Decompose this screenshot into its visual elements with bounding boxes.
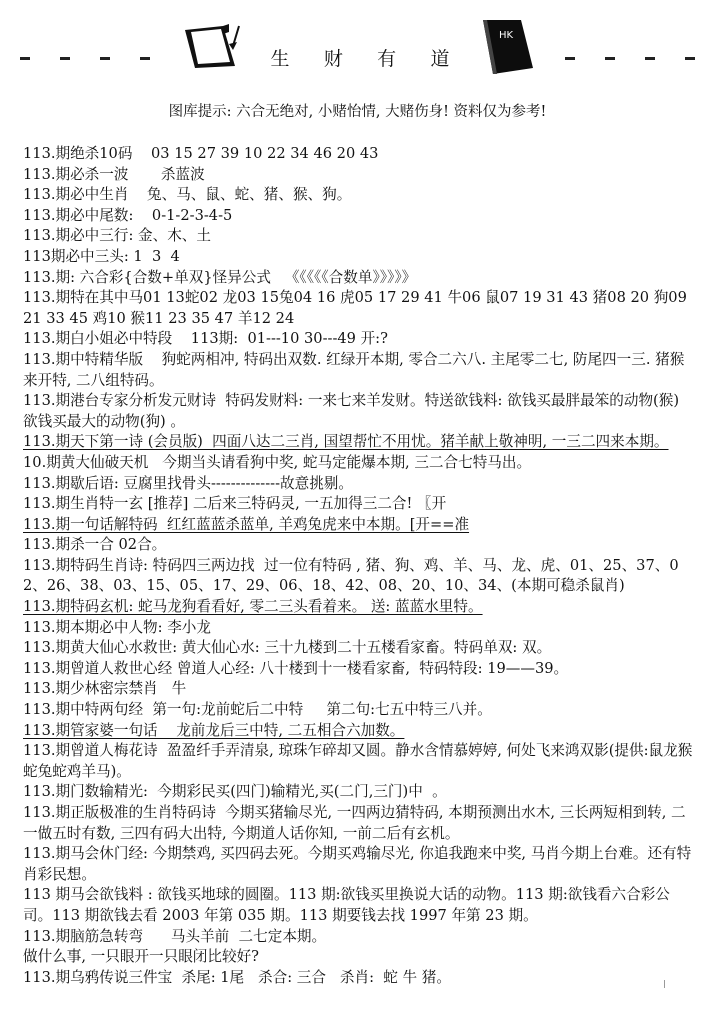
text-line: 113.期脑筋急转弯 马头羊前 二七定本期。 [23,927,698,948]
text-line: 113.期天下第一诗 (会员版) 四面八达二三肖, 国望帮忙不用忧。猪羊献上敬神… [23,432,698,453]
text-line: 113.期白小姐必中特段 113期: 01---10 30---49 开:? [23,329,698,350]
text-line: 113.期少林密宗禁肖 牛 [23,679,698,700]
text-line: 113 期马会欲钱料 : 欲钱买地球的圆圈。113 期:欲钱买里换说大话的动物。… [23,885,698,926]
text-line: 113.期: 六合彩{合数+单双}怪异公式 《《《《《合数单》》》》》 [23,268,698,289]
text-line: 113.期特在其中马01 13蛇02 龙03 15兔04 16 虎05 17 2… [23,288,698,329]
text-line: 113.期生肖特一玄 [推荐] 二后来三特码灵, 一五加得三二合! 〖开 [23,494,698,515]
dash-divider [100,57,110,60]
dash-divider [685,57,695,60]
title-char: 生 [270,44,290,72]
text-line: 113.期本期必中人物: 李小龙 [23,618,698,639]
text-line: 113.期港台专家分析发元财诗 特码发财料: 一来七来羊发财。特送欲钱料: 欲钱… [23,391,698,432]
text-line: 113.期特码生肖诗: 特码四三两边找 过一位有特码 , 猪、狗、鸡、羊、马、龙… [23,556,698,597]
text-line: 113.期乌鸦传说三件宝 杀尾: 1尾 杀合: 三合 杀肖: 蛇 牛 猪。 [23,968,698,989]
text-line: 113.期必中尾数: 0-1-2-3-4-5 [23,206,698,227]
dash-divider [20,57,30,60]
closed-book-icon: HK [477,18,537,76]
dash-divider [645,57,655,60]
text-line: 113.期马会休门经: 今期禁鸡, 买四码去死。今期买鸡输尽光, 你追我跑来中奖… [23,844,698,885]
open-book-icon [183,22,243,70]
text-line: 10.期黄大仙破天机 今期当头请看狗中奖, 蛇马定能爆本期, 三二合七特马出。 [23,453,698,474]
content-body: 113.期绝杀10码 03 15 27 39 10 22 34 46 20 43… [23,144,698,988]
text-line: 113.期歇后语: 豆腐里找骨头--------------故意挑剔。 [23,474,698,495]
text-line: 113.期黄大仙心水救世: 黄大仙心水: 三十九楼到二十五楼看家畜。特码单双: … [23,638,698,659]
text-line: 做什么事, 一只眼开一只眼闭比较好? [23,947,698,968]
page-header: 生 财 有 道 HK [0,0,715,80]
text-line: 113.期必中三行: 金、木、土 [23,226,698,247]
text-line: 113.期中特精华版 狗蛇两相冲, 特码出双数. 红绿开本期, 零合二六八. 主… [23,350,698,391]
text-line: 113.期管家婆一句话 龙前龙后三中特, 二五相合六加数。 [23,721,698,742]
text-line: 113.期必中生肖 兔、马、鼠、蛇、猪、猴、狗。 [23,185,698,206]
disclaimer-notice: 图库提示: 六合无绝对, 小赌怡情, 大赌伤身! 资料仅为参考! [0,100,715,121]
title-char: 道 [430,44,450,72]
scan-mark [664,980,665,988]
dash-divider [605,57,615,60]
text-line: 113.期必杀一波 杀蓝波 [23,165,698,186]
text-line: 113.期绝杀10码 03 15 27 39 10 22 34 46 20 43 [23,144,698,165]
text-line: 113.期门数输精光: 今期彩民买(四门)输精光,买(二门,三门)中 。 [23,782,698,803]
title-char: 财 [323,44,343,72]
text-line: 113.期一句话解特码 红红蓝蓝杀蓝单, 羊鸡兔虎来中本期。[开==准 [23,515,698,536]
text-line: 113.期中特两句经 第一句:龙前蛇后二中特 第二句:七五中特三八并。 [23,700,698,721]
text-line: 113.期曾道人梅花诗 盈盈纤手弄清泉, 琼珠乍碎却又圆。静水含情慕婷婷, 何处… [23,741,698,782]
text-line: 113.期正版极准的生肖特码诗 今期买猪输尽光, 一四两边猜特码, 本期预测出水… [23,803,698,844]
svg-text:HK: HK [499,30,514,41]
text-line: 113.期特码玄机: 蛇马龙狗看看好, 零二三头看着来。 送: 蓝蓝水里特。 [23,597,698,618]
dash-divider [565,57,575,60]
text-line: 113.期杀一合 02合。 [23,535,698,556]
title-char: 有 [377,44,397,72]
dash-divider [140,57,150,60]
text-line: 113期必中三头: 1 3 4 [23,247,698,268]
dash-divider [60,57,70,60]
page-title: 生 财 有 道 [270,44,450,72]
text-line: 113.期曾道人救世心经 曾道人心经: 八十楼到十一楼看家畜, 特码特段: 19… [23,659,698,680]
